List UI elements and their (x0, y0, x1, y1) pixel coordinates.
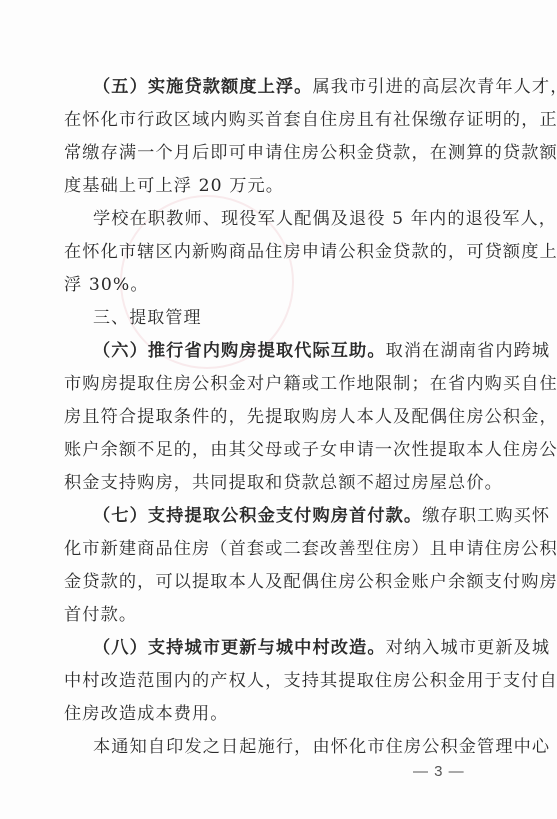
item-7-text: 缴存职工购买怀 (422, 506, 550, 526)
item-5-line-2: 在怀化市行政区域内购买首套自住房且有社保缴存证明的，正 (64, 108, 557, 132)
item-7-line-4: 首付款。 (64, 603, 137, 627)
item-5-line-4: 度基础上可上浮 20 万元。 (64, 174, 284, 198)
item-8-line-1: （八）支持城市更新与城中村改造。对纳入城市更新及城 (93, 636, 550, 660)
item-6-title: （六）推行省内购房提取代际互助。 (93, 341, 386, 361)
item-7-line-1: （七）支持提取公积金支付购房首付款。缴存职工购买怀 (93, 504, 550, 528)
item-5-title: （五）实施贷款额度上浮。 (93, 77, 312, 97)
supplement-line-1: 学校在职教师、现役军人配偶及退役 5 年内的退役军人， (93, 207, 557, 231)
item-8-text: 对纳入城市更新及城 (386, 638, 551, 658)
section-heading: 三、提取管理 (93, 306, 202, 330)
item-6-line-3: 房且符合提取条件的，先提取购房人本人及配偶住房公积金， (64, 405, 557, 429)
item-8-line-2: 中村改造范围内的产权人，支持其提取住房公积金用于支付自 (64, 669, 557, 693)
item-6-line-1: （六）推行省内购房提取代际互助。取消在湖南省内跨城 (93, 339, 550, 363)
item-7-title: （七）支持提取公积金支付购房首付款。 (93, 506, 422, 526)
page-number: — 3 — (413, 763, 465, 780)
item-6-line-4: 账户余额不足的，由其父母或子女申请一次性提取本人住房公 (64, 438, 557, 462)
item-5-text: 属我市引进的高层次青年人才， (312, 77, 557, 97)
closing-line-1: 本通知自印发之日起施行，由怀化市住房公积金管理中心 (93, 735, 550, 759)
supplement-line-3: 浮 30%。 (64, 273, 149, 297)
item-5-line-3: 常缴存满一个月后即可申请住房公积金贷款，在测算的贷款额 (64, 141, 557, 165)
item-7-line-3: 金贷款的，可以提取本人及配偶住房公积金账户余额支付购房 (64, 570, 557, 594)
supplement-line-2: 在怀化市辖区内新购商品住房申请公积金贷款的，可贷额度上 (64, 240, 557, 264)
item-6-line-5: 积金支持购房，共同提取和贷款总额不超过房屋总价。 (64, 471, 503, 495)
item-7-line-2: 化市新建商品住房（首套或二套改善型住房）且申请住房公积 (64, 537, 557, 561)
item-6-text: 取消在湖南省内跨城 (386, 341, 551, 361)
item-6-line-2: 市购房提取住房公积金对户籍或工作地限制；在省内购买自住 (64, 372, 557, 396)
item-8-title: （八）支持城市更新与城中村改造。 (93, 638, 386, 658)
item-5-line-1: （五）实施贷款额度上浮。属我市引进的高层次青年人才， (93, 75, 557, 99)
item-8-line-3: 住房改造成本费用。 (64, 702, 229, 726)
document-page: （五）实施贷款额度上浮。属我市引进的高层次青年人才， 在怀化市行政区域内购买首套… (0, 0, 557, 819)
